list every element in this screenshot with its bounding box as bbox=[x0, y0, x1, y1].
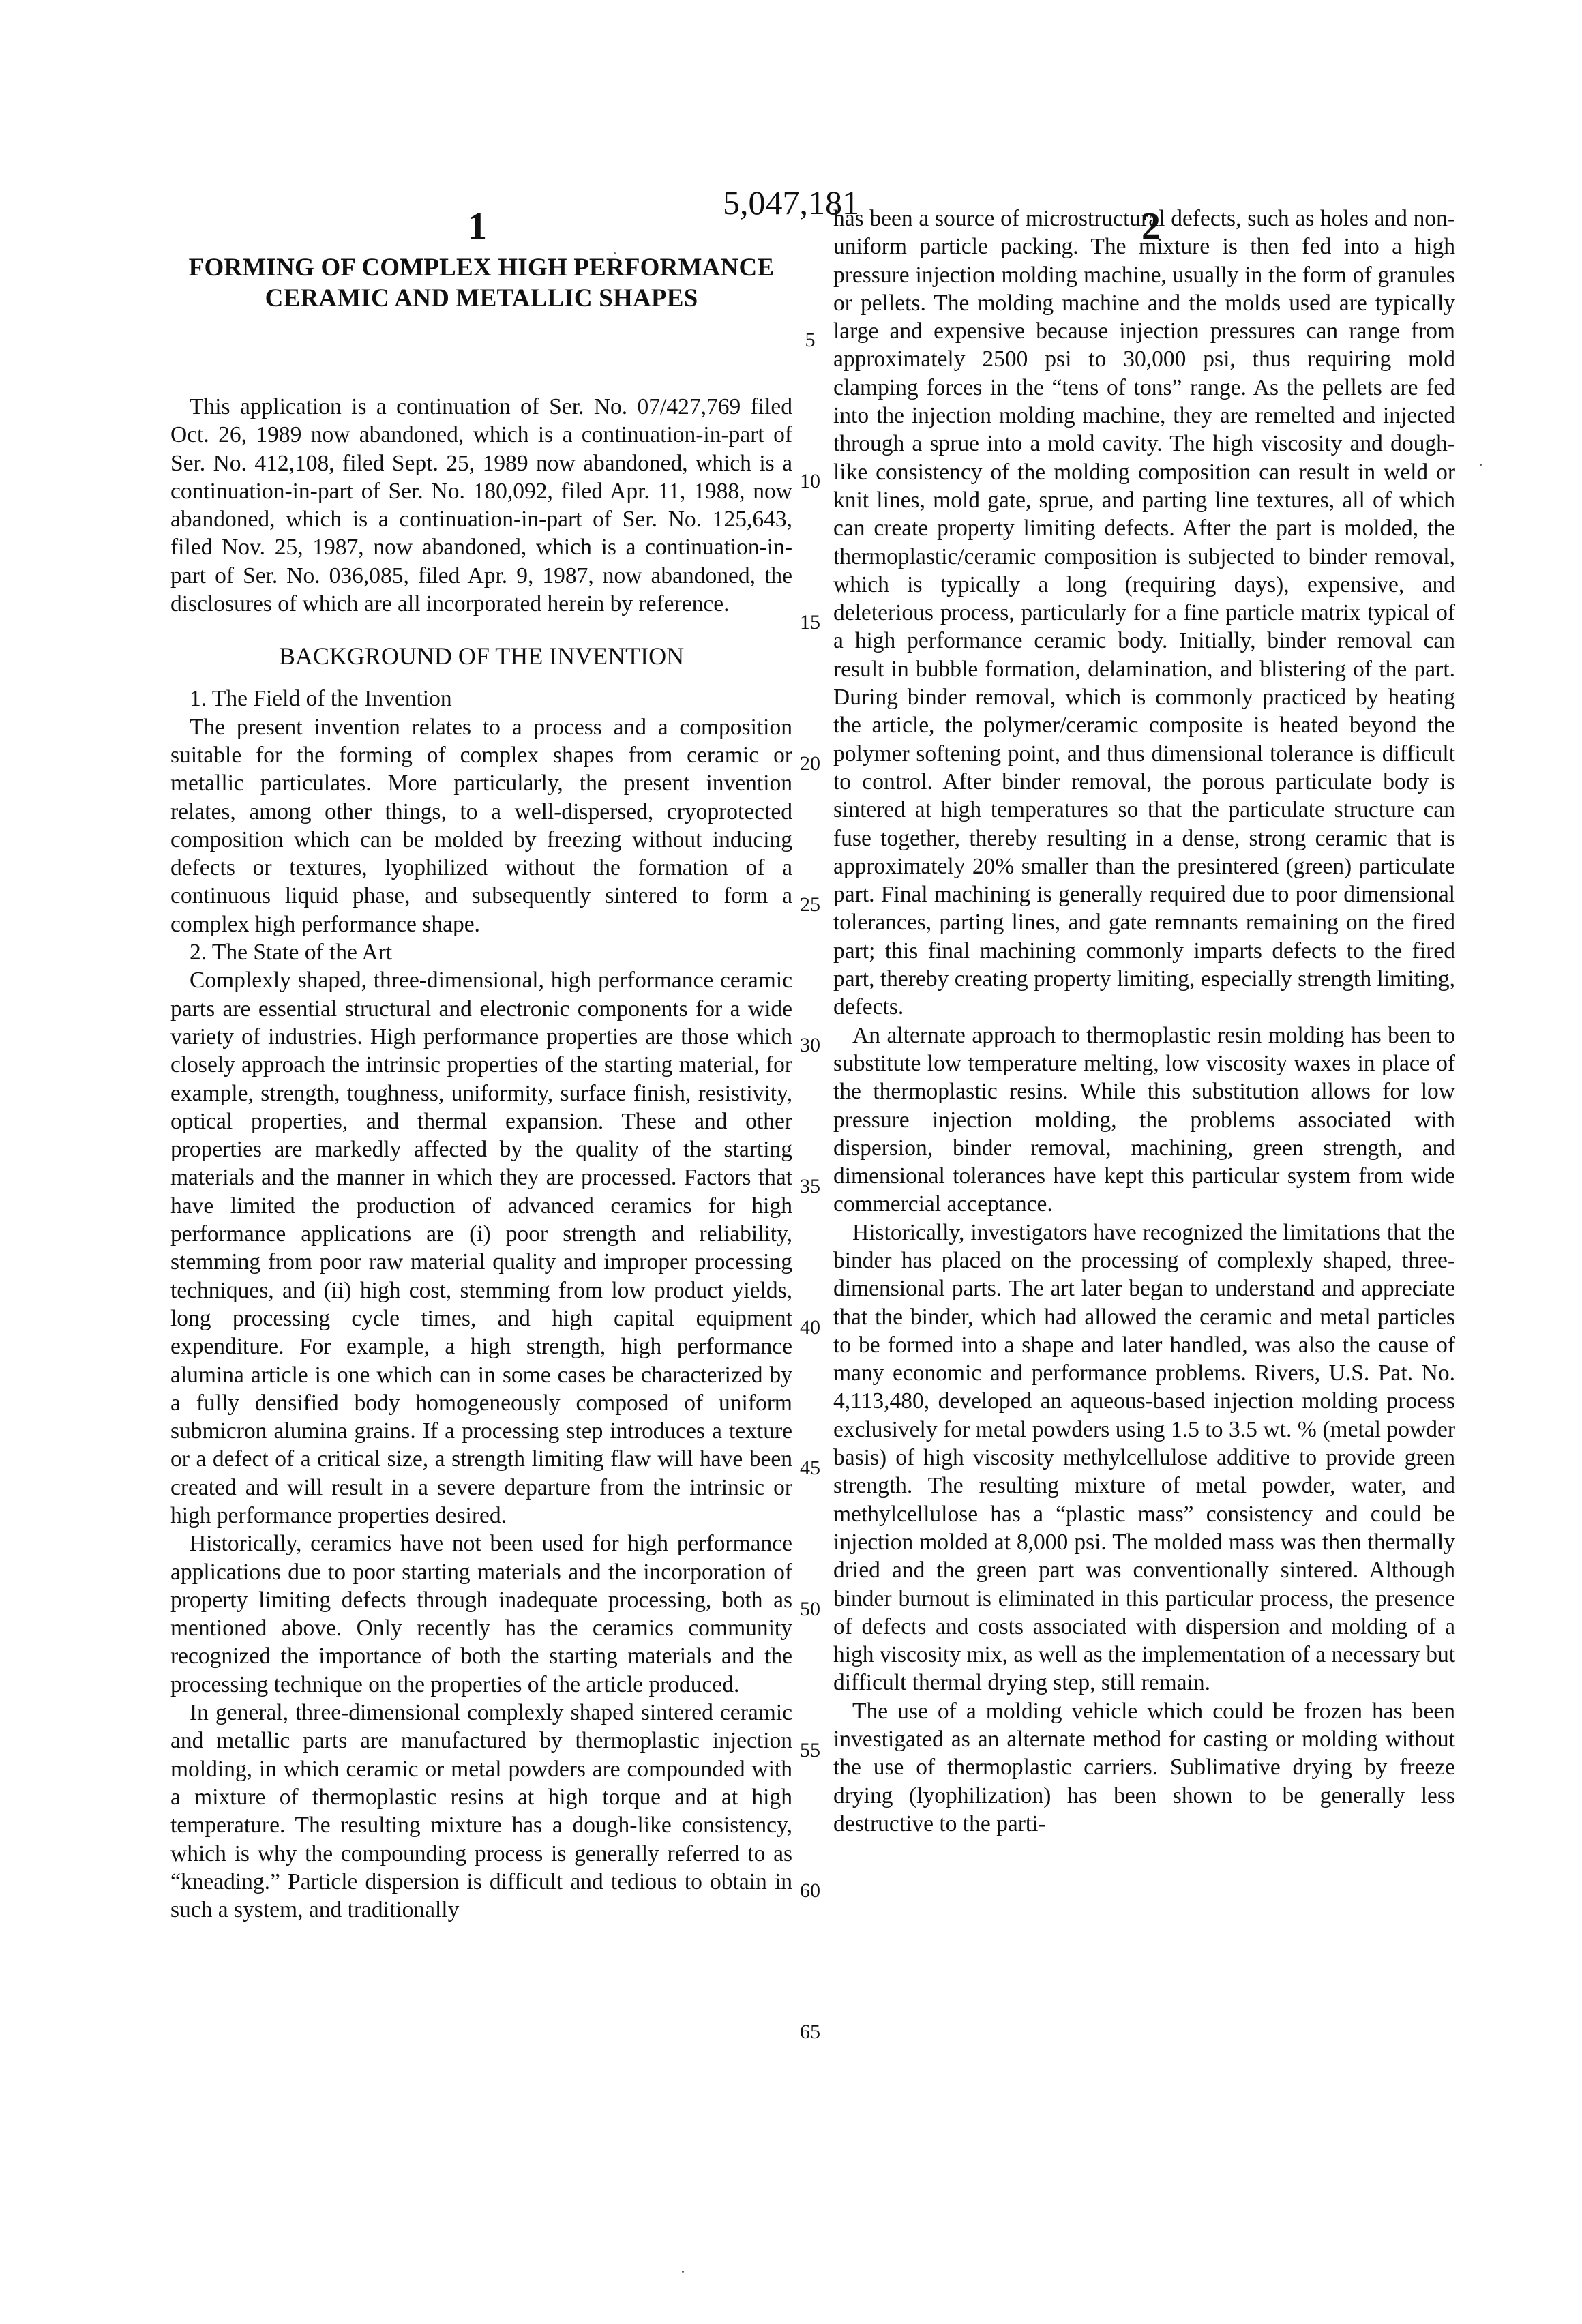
subheading-field-of-invention: 1. The Field of the Invention bbox=[170, 685, 792, 713]
document-title: FORMING OF COMPLEX HIGH PERFORMANCE CERA… bbox=[170, 252, 792, 314]
line-number: 30 bbox=[791, 1034, 829, 1057]
line-number: 40 bbox=[791, 1316, 829, 1339]
state-paragraph: Complexly shaped, three-dimensional, hig… bbox=[170, 966, 792, 1530]
scan-speck bbox=[614, 252, 616, 254]
line-number: 60 bbox=[791, 1879, 829, 1903]
line-number: 10 bbox=[791, 470, 829, 493]
line-number: 15 bbox=[791, 611, 829, 634]
body-paragraph: An alternate approach to thermoplastic r… bbox=[833, 1022, 1455, 1219]
continuation-paragraph: This application is a continuation of Se… bbox=[170, 393, 792, 618]
line-number: 45 bbox=[791, 1457, 829, 1480]
state-paragraph: In general, three-dimensional complexly … bbox=[170, 1699, 792, 1924]
body-paragraph: The use of a molding vehicle which could… bbox=[833, 1697, 1455, 1838]
line-number: 65 bbox=[791, 2021, 829, 2044]
column-number-left: 1 bbox=[450, 205, 505, 248]
right-column: has been a source of microstructural def… bbox=[833, 205, 1455, 1838]
scan-speck bbox=[1480, 464, 1482, 466]
line-number: 55 bbox=[791, 1739, 829, 1762]
body-paragraph: Historically, investigators have recogni… bbox=[833, 1219, 1455, 1697]
state-paragraph: Historically, ceramics have not been use… bbox=[170, 1530, 792, 1699]
left-column: FORMING OF COMPLEX HIGH PERFORMANCE CERA… bbox=[170, 252, 792, 1924]
line-number: 50 bbox=[791, 1598, 829, 1621]
line-number: 5 bbox=[791, 329, 829, 352]
section-heading-background: BACKGROUND OF THE INVENTION bbox=[170, 641, 792, 671]
line-number-gutter: 5101520253035404550556065 bbox=[791, 0, 832, 2324]
subheading-state-of-art: 2. The State of the Art bbox=[170, 938, 792, 966]
line-number: 35 bbox=[791, 1175, 829, 1198]
scan-speck bbox=[682, 2271, 684, 2273]
field-paragraph: The present invention relates to a proce… bbox=[170, 713, 792, 938]
line-number: 20 bbox=[791, 752, 829, 775]
body-paragraph: has been a source of microstructural def… bbox=[833, 205, 1455, 1022]
line-number: 25 bbox=[791, 893, 829, 917]
